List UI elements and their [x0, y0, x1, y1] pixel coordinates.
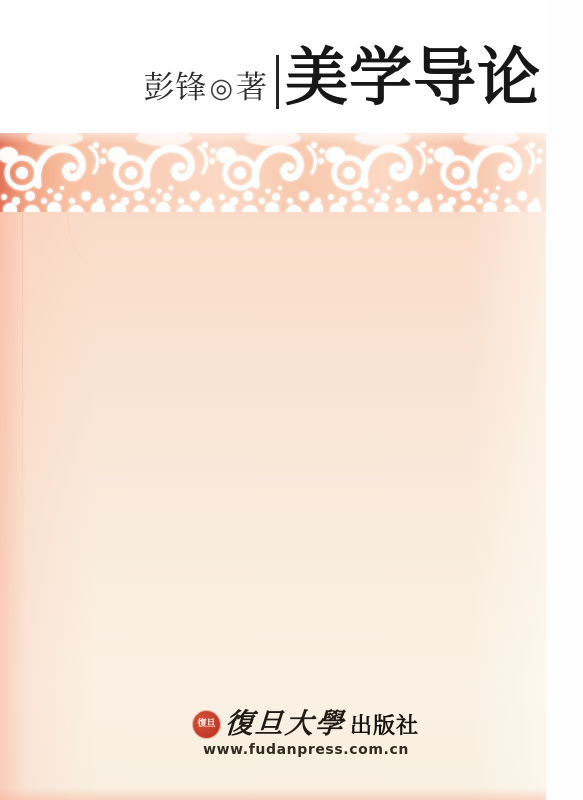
title-panel: 彭锋◎著 美学导论 — [0, 0, 546, 133]
paper-crease — [22, 212, 23, 800]
publisher-suffix: 出版社 — [350, 712, 419, 737]
fudan-seal-icon: 復旦 — [193, 711, 220, 738]
author-role: 著 — [236, 70, 268, 105]
publisher-block: 復旦 復旦大學 出版社 www.fudanpress.com.cn — [193, 710, 419, 758]
publisher-row: 復旦 復旦大學 出版社 — [193, 710, 419, 738]
author-line: 彭锋◎著 — [143, 72, 268, 110]
book-cover-photo: 彭锋◎著 美学导论 — [0, 0, 583, 800]
author-name: 彭锋 — [143, 70, 207, 105]
floral-ornament-icon — [0, 133, 546, 212]
ornament-band — [0, 133, 546, 212]
book-cover: 彭锋◎著 美学导论 — [0, 0, 547, 800]
publisher-name: 復旦大學 — [224, 710, 346, 738]
book-title: 美学导论 — [285, 47, 541, 110]
author-marker-icon: ◎ — [207, 73, 236, 103]
page-margin — [546, 0, 583, 800]
publisher-url: www.fudanpress.com.cn — [193, 742, 419, 758]
title-row: 彭锋◎著 美学导论 — [143, 47, 541, 110]
title-divider — [276, 55, 279, 109]
